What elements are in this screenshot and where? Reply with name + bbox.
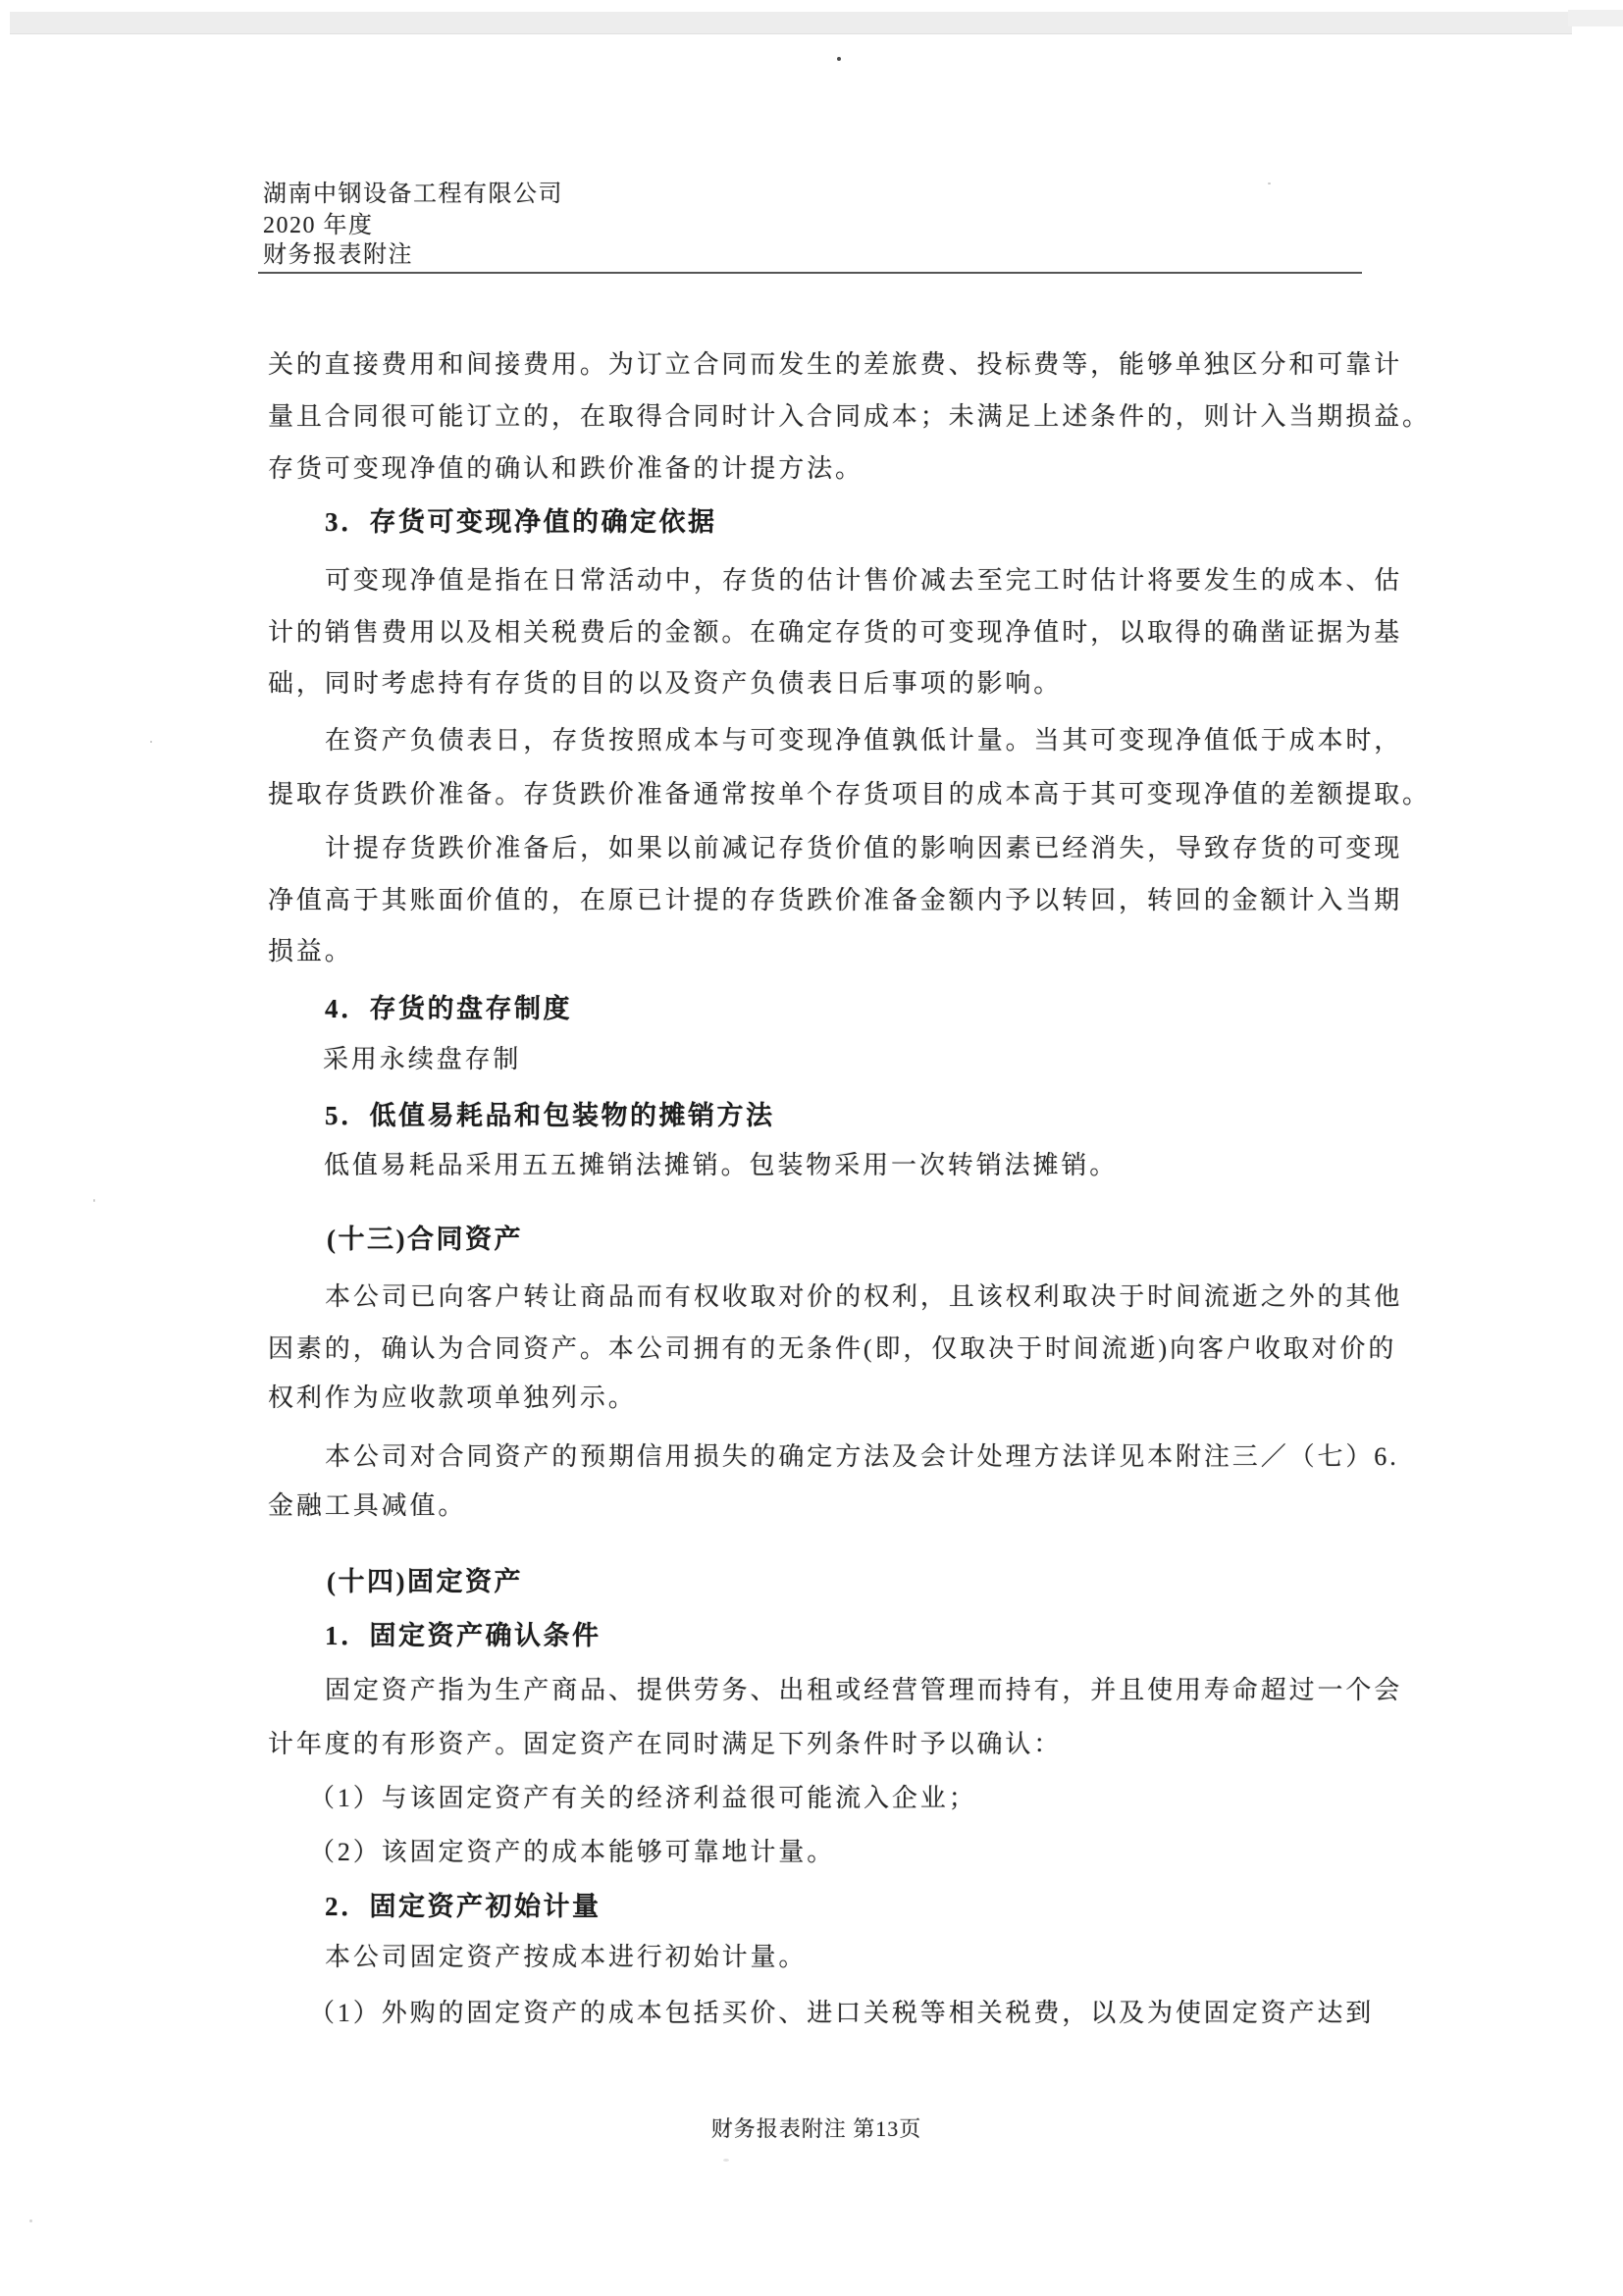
text-line: 本公司固定资产按成本进行初始计量。 bbox=[325, 1938, 807, 1977]
text-line: 计年度的有形资产。固定资产在同时满足下列条件时予以确认： bbox=[268, 1725, 1062, 1764]
text-line: 关的直接费用和间接费用。为订立合同而发生的差旅费、投标费等，能够单独区分和可靠计 bbox=[268, 345, 1402, 385]
fiscal-year: 2020 年度 bbox=[263, 211, 374, 240]
heading-line: 4．存货的盘存制度 bbox=[325, 989, 572, 1028]
text-line: 本公司对合同资产的预期信用损失的确定方法及会计处理方法详见本附注三／（七）6. bbox=[325, 1437, 1399, 1477]
scan-speck bbox=[150, 741, 152, 743]
text-line: （2）该固定资产的成本能够可靠地计量。 bbox=[309, 1833, 835, 1872]
text-line: 因素的，确认为合同资产。本公司拥有的无条件(即，仅取决于时间流逝)向客户收取对价… bbox=[268, 1330, 1396, 1369]
scan-speck bbox=[837, 57, 841, 61]
text-line: （1）与该固定资产有关的经济利益很可能流入企业； bbox=[309, 1779, 977, 1818]
heading-line: 2．固定资产初始计量 bbox=[325, 1887, 602, 1926]
heading-line: 1．固定资产确认条件 bbox=[325, 1616, 602, 1655]
scan-edge-band-right bbox=[1568, 10, 1623, 26]
text-line: 固定资产指为生产商品、提供劳务、出租或经营管理而持有，并且使用寿命超过一个会 bbox=[325, 1671, 1402, 1710]
scan-speck bbox=[1268, 183, 1271, 184]
heading-line: 5．低值易耗品和包装物的摊销方法 bbox=[325, 1096, 775, 1135]
text-line: 计的销售费用以及相关税费后的金额。在确定存货的可变现净值时，以取得的确凿证据为基 bbox=[268, 613, 1402, 652]
text-line: 损益。 bbox=[268, 932, 353, 971]
text-line: 量且合同很可能订立的，在取得合同时计入合同成本；未满足上述条件的，则计入当期损益… bbox=[268, 397, 1431, 437]
header-rule bbox=[258, 272, 1362, 274]
scanned-document-page: 湖南中钢设备工程有限公司 2020 年度 财务报表附注 关的直接费用和间接费用。… bbox=[0, 0, 1623, 2296]
text-line: 低值易耗品采用五五摊销法摊销。包装物采用一次转销法摊销。 bbox=[324, 1146, 1118, 1185]
page-footer: 财务报表附注 第13页 bbox=[711, 2110, 922, 2149]
text-line: 采用永续盘存制 bbox=[323, 1040, 521, 1079]
text-line: 计提存货跌价准备后，如果以前减记存货价值的影响因素已经消失，导致存货的可变现 bbox=[325, 829, 1402, 868]
text-line: 存货可变现净值的确认和跌价准备的计提方法。 bbox=[268, 449, 864, 489]
text-line: 净值高于其账面价值的，在原已计提的存货跌价准备金额内予以转回，转回的金额计入当期 bbox=[268, 881, 1402, 920]
text-line: 提取存货跌价准备。存货跌价准备通常按单个存货项目的成本高于其可变现净值的差额提取… bbox=[268, 775, 1431, 814]
scan-speck bbox=[29, 2219, 32, 2222]
text-line: 在资产负债表日，存货按照成本与可变现净值孰低计量。当其可变现净值低于成本时， bbox=[325, 721, 1402, 760]
heading-line: (十四)固定资产 bbox=[327, 1562, 523, 1601]
text-line: 本公司已向客户转让商品而有权收取对价的权利，且该权利取决于时间流逝之外的其他 bbox=[325, 1278, 1402, 1317]
text-line: 权利作为应收款项单独列示。 bbox=[268, 1379, 637, 1418]
text-line: （1）外购的固定资产的成本包括买价、进口关税等相关税费，以及为使固定资产达到 bbox=[309, 1994, 1374, 2033]
scan-speck bbox=[93, 1199, 95, 1202]
heading-line: 3．存货可变现净值的确定依据 bbox=[325, 502, 717, 542]
text-line: 金融工具减值。 bbox=[268, 1487, 466, 1526]
scan-speck bbox=[723, 2159, 729, 2162]
report-title: 财务报表附注 bbox=[263, 240, 413, 270]
heading-line: (十三)合同资产 bbox=[327, 1220, 523, 1259]
text-line: 础，同时考虑持有存货的目的以及资产负债表日后事项的影响。 bbox=[268, 664, 1062, 704]
text-line: 可变现净值是指在日常活动中，存货的估计售价减去至完工时估计将要发生的成本、估 bbox=[325, 561, 1402, 600]
company-name: 湖南中钢设备工程有限公司 bbox=[263, 180, 563, 209]
scan-edge-band bbox=[10, 12, 1572, 34]
